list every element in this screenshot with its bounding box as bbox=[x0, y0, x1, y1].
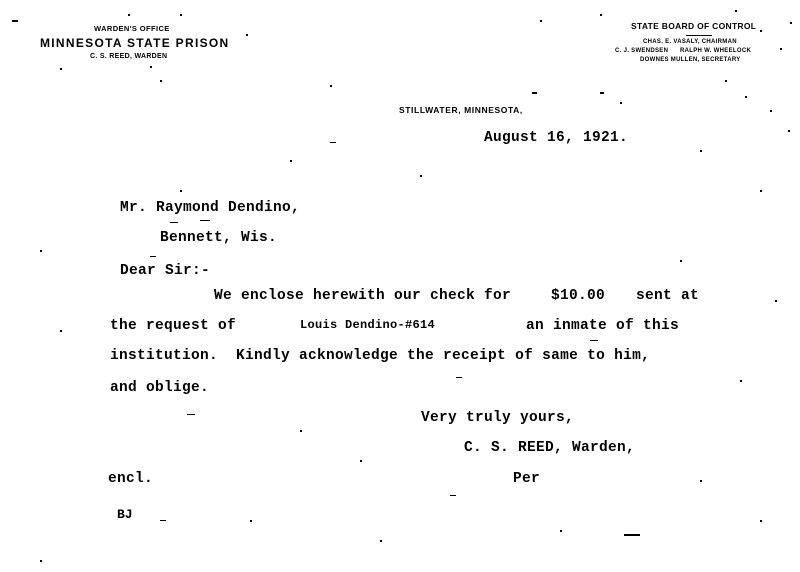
enclosure-note: encl. bbox=[108, 471, 153, 487]
recipient-location: Bennett, Wis. bbox=[160, 230, 277, 246]
salutation: Dear Sir:- bbox=[120, 263, 210, 279]
per-label: Per bbox=[513, 471, 540, 487]
institution-name: MINNESOTA STATE PRISON bbox=[40, 36, 230, 50]
body-line-4: and oblige. bbox=[110, 380, 209, 396]
warden-name: C. S. REED, WARDEN bbox=[90, 53, 167, 60]
body-line-1: We enclose herewith our check for bbox=[214, 288, 511, 304]
board-chairman: CHAS. E. VASALY, CHAIRMAN bbox=[643, 39, 737, 45]
board-members: C. J. SWENDSEN RALPH W. WHEELOCK bbox=[615, 48, 751, 54]
body-line-1-end: sent at bbox=[636, 288, 699, 304]
body-line-2-end: an inmate of this bbox=[526, 318, 679, 334]
board-secretary: DOWNES MULLEN, SECRETARY bbox=[640, 57, 741, 63]
letter-place: STILLWATER, MINNESOTA, bbox=[399, 105, 523, 115]
typist-initials: BJ bbox=[117, 507, 133, 522]
body-line-2: the request of bbox=[110, 318, 236, 334]
signature: C. S. REED, Warden, bbox=[464, 440, 635, 456]
warden-office-heading: WARDEN'S OFFICE bbox=[94, 24, 170, 33]
closing: Very truly yours, bbox=[421, 410, 574, 426]
check-amount: $10.00 bbox=[551, 288, 605, 304]
letter-date: August 16, 1921. bbox=[484, 130, 628, 146]
board-heading: STATE BOARD OF CONTROL bbox=[631, 21, 756, 31]
recipient-name: Mr. Raymond Dendino, bbox=[120, 200, 300, 216]
board-divider bbox=[686, 35, 712, 36]
inmate-name: Louis Dendino-#614 bbox=[300, 318, 435, 332]
body-line-3: institution. Kindly acknowledge the rece… bbox=[110, 348, 650, 364]
